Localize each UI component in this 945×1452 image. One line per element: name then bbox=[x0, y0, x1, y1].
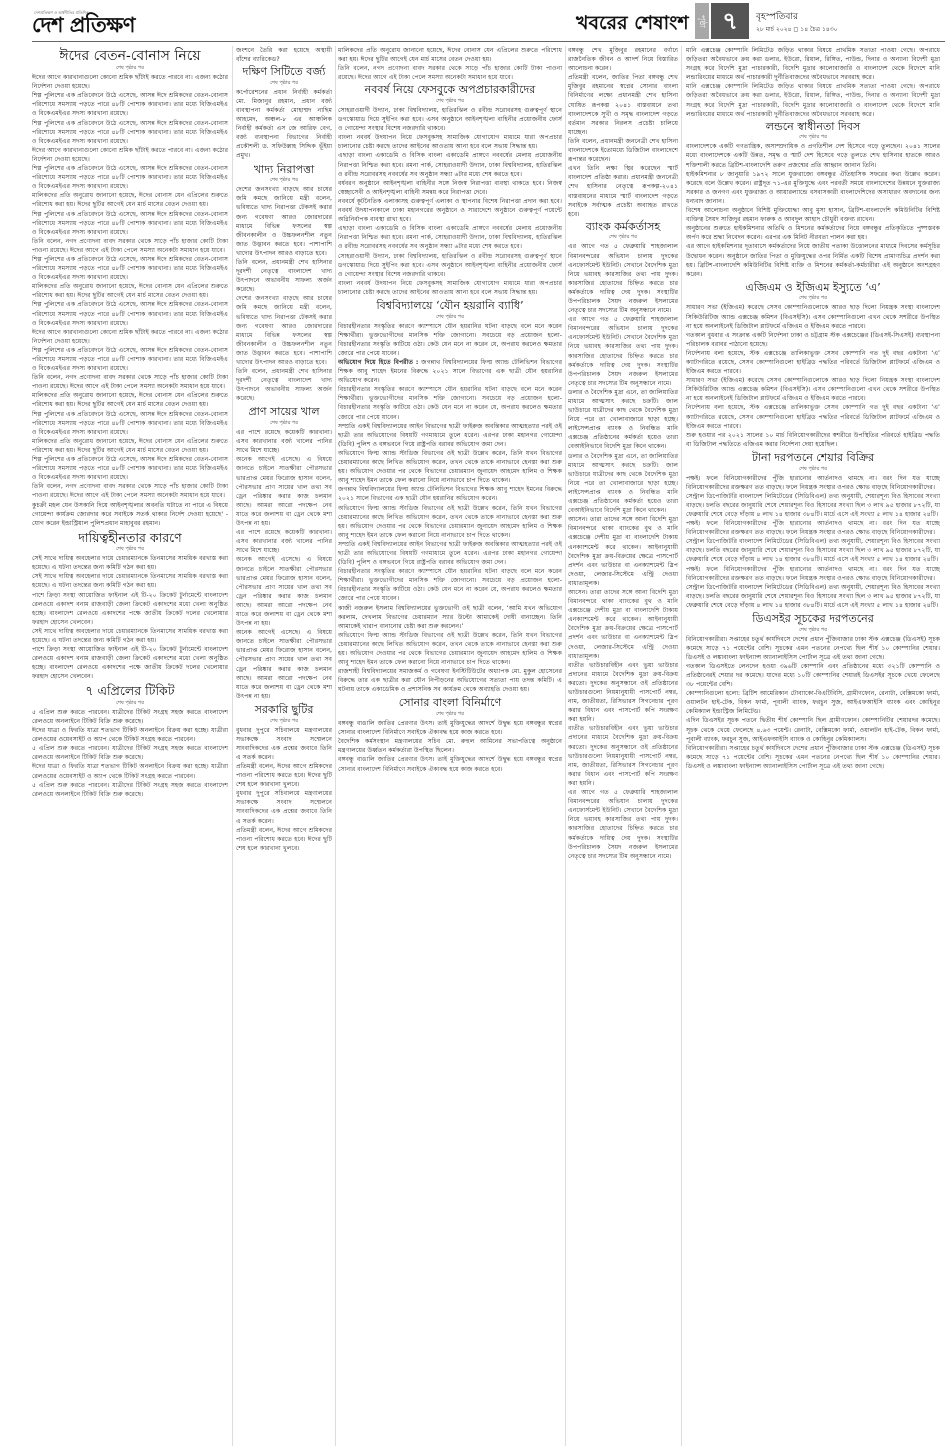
paragraph: সম্প্রতি একই বিশ্ববিদ্যালয়ের আইন বিভাগে… bbox=[338, 422, 562, 449]
paragraph: তিনি বলেন, প্রধানমন্ত্রী শেখ হাসিনার দূর… bbox=[236, 258, 332, 294]
paragraph: বঙ্গবন্ধু শেখ মুজিবুর রহমানের বর্ণাঢ্য র… bbox=[568, 46, 678, 73]
paragraph: বাংলা নববর্ষ উদযাপন নিয়ে ফেসবুকসহ সামাজ… bbox=[338, 133, 562, 151]
story-april-ticket: ৭ এপ্রিলের টিকিট শেষ পৃষ্ঠার পর ৫ এপ্রিল… bbox=[32, 684, 228, 798]
paragraph: বিচারহীনতার সংস্কৃতির কারণে ক্যাম্পাসে য… bbox=[338, 322, 562, 358]
paragraph: এর আগে গত ৫ ফেব্রুয়ারি শাহজালাল বিমানবন… bbox=[568, 788, 678, 861]
paragraph: ঈদের আগে কারখানাগুলো কোনো শ্রমিক ছাঁটাই … bbox=[32, 73, 228, 91]
paragraph: প্রতিমন্ত্রী বলেন, ঈদের আগে শ্রমিকদের পা… bbox=[236, 826, 332, 853]
paragraph: শিল্প পুলিশের এক প্রতিবেদনে উঠে এসেছে, আ… bbox=[32, 300, 228, 327]
paragraph: ঈদের আগে কারখানাগুলো কোনো শ্রমিক ছাঁটাই … bbox=[32, 146, 228, 164]
paragraph: প্রতিমন্ত্রী বলেন, জাতির পিতা বঙ্গবন্ধু … bbox=[568, 73, 678, 137]
paragraph: এছাড়া বাংলা একাডেমি ও বিসিক বাংলা একাডে… bbox=[338, 151, 562, 178]
story-dse-index: ডিএসইর সূচকের দরপতনের শেষ পৃষ্ঠার পর বিন… bbox=[686, 613, 940, 771]
paragraph: সেন্ট্রাল ডিপোজিটরি বাংলাদেশ লিমিটেডের (… bbox=[686, 537, 940, 564]
paragraph: বিনিয়োগকারীরা। সপ্তাহের চতুর্থ কার্যদিব… bbox=[686, 744, 940, 771]
subhead: অভিযোগ দিয়ে হিতে বিপরীত : bbox=[338, 359, 418, 366]
story-negligence: দায়িত্বহীনতার কারণে শেষ পৃষ্ঠার পর সেই … bbox=[32, 531, 228, 682]
paragraph: শিল্প পুলিশের এক প্রতিবেদনে উঠে এসেছে, আ… bbox=[32, 164, 228, 191]
paragraph: মালিকদের প্রতি অনুরোধ জানানো হয়েছে, ঈদে… bbox=[32, 437, 228, 455]
paragraph: ৫ এপ্রিল শুরু করতে পারবেন। যাত্রীদের টিক… bbox=[32, 708, 228, 726]
paragraph: শুরু হওয়ার পর ২০২১ সালের ১০ মার্চ বিনিয… bbox=[686, 431, 940, 449]
paragraph: ডলার ও বৈদেশিক মুদ্রা এনে, তা জালিয়াতির… bbox=[568, 452, 678, 516]
paragraph: বর্ষবরণ অনুষ্ঠানে আইনশৃঙ্খলা বাহিনীর সঙ্… bbox=[338, 179, 562, 197]
story-university: বিশ্ববিদ্যালয়ে ‘যৌন হয়রানি ব্যাধি’ শেষ… bbox=[338, 300, 562, 694]
jump-label: শেষ পৃষ্ঠার পর bbox=[236, 718, 332, 725]
paragraph: শিল্প পুলিশের এক প্রতিবেদনে উঠে এসেছে, আ… bbox=[32, 255, 228, 282]
paragraph: সেন্ট্রাল ডিপোজিটরি বাংলাদেশ লিমিটেডের (… bbox=[686, 492, 940, 519]
column-divider bbox=[565, 46, 566, 1446]
paragraph: বুধবার দুপুরে সচিবালয়ে মন্ত্রণালয়ের সভ… bbox=[236, 726, 332, 762]
paragraph: তিনি বলেন, প্রধানমন্ত্রী জননেত্রী শেখ হা… bbox=[568, 137, 678, 164]
paragraph: কুচক্রী মহল যেন উসকানি দিয়ে আইনশৃঙ্খলার… bbox=[32, 501, 228, 528]
paragraph: বিশেষ আলোচনা অনুষ্ঠানে বিশিষ্ট মুক্তিযোদ… bbox=[686, 206, 940, 224]
paragraph: তিনি বলেন, নগদ প্রণোদনা বাবদ সরকার থেকে … bbox=[32, 373, 228, 391]
jump-label: শেষ পৃষ্ঠার পর bbox=[686, 466, 940, 473]
headline[interactable]: ৭ এপ্রিলের টিকিট bbox=[32, 684, 228, 698]
story-bank-officials: ব্যাংক কর্মকর্তাসহ শেষ পৃষ্ঠার পর এর আগে… bbox=[568, 221, 678, 861]
paragraph: সেই সাথে দায়িত্ব অবহেলার দায়ে চেয়ারম্… bbox=[32, 627, 228, 645]
story-pran-canal: প্রাণ সায়ের খাল শেষ পৃষ্ঠার পর এর পাশে … bbox=[236, 406, 332, 700]
paragraph: মানি এক্সচেঞ্জ কোম্পানি লিমিটেড জড়িত থা… bbox=[686, 82, 940, 118]
paragraph: মালিকদের প্রতি অনুরোধ জানানো হয়েছে, ঈদে… bbox=[338, 46, 562, 64]
paragraph: শিল্প পুলিশের এক প্রতিবেদনে উঠে এসেছে, আ… bbox=[32, 210, 228, 237]
paragraph: ডলার ও বৈদেশিক মুদ্রা এনে, তা জালিয়াতির… bbox=[568, 388, 678, 452]
story-agm-egm: এজিএম ও ইজিএম ইস্যুতে ‘এ’ শেষ পৃষ্ঠার পর… bbox=[686, 282, 940, 449]
newspaper-logo[interactable]: দেশ প্রতিক্ষণ bbox=[32, 14, 135, 35]
column-5: মানি এক্সচেঞ্জ কোম্পানি লিমিটেড জড়িত থা… bbox=[686, 46, 940, 1446]
paragraph: সেই সাথে দায়িত্ব অবহেলার দায়ে চেয়ারম্… bbox=[32, 572, 228, 590]
jump-label: শেষ পৃষ্ঠার পর bbox=[32, 700, 228, 707]
paragraph: এর আগে গত ৫ ফেব্রুয়ারি শাহজালাল বিমানবন… bbox=[568, 242, 678, 315]
paragraph: এদিন ডিএসইর সূচক পতনে দ্বিতীয় শীর্ষ কোম… bbox=[686, 716, 940, 743]
jump-label: শেষ পৃষ্ঠার পর bbox=[686, 134, 940, 141]
story-eid-bonus: ঈদের বেতন-বোনাস নিয়ে শেষ পৃষ্ঠার পর ঈদে… bbox=[32, 48, 228, 528]
section-title: খবরের শেষাংশ bbox=[576, 14, 689, 33]
paragraph: শিল্প পুলিশের এক প্রতিবেদনে উঠে এসেছে, আ… bbox=[32, 455, 228, 482]
headline[interactable]: দক্ষিণ সিটিতে বর্জ্য bbox=[236, 66, 332, 79]
headline[interactable]: লন্ডনে স্বাধীনতা দিবস bbox=[686, 121, 940, 134]
paragraph: এর পাশে রয়েছে কয়েকটি কারখানা। এসব কারখ… bbox=[236, 428, 332, 455]
headline[interactable]: সোনার বাংলা বিনির্মাণে bbox=[338, 697, 562, 710]
paragraph: মালিকদের প্রতি অনুরোধ জানানো হয়েছে, ঈদে… bbox=[32, 391, 228, 409]
paragraph: জগন্নাথ বিশ্ববিদ্যালয়ের ফিল্ম অ্যান্ড ট… bbox=[338, 485, 562, 503]
story-food-security: খাদ্য নিরাপত্তা শেষ পৃষ্ঠার পর দেশের জনস… bbox=[236, 164, 332, 404]
paragraph: এর পাশে রয়েছে কয়েকটি কারখানা। এসব কারখ… bbox=[236, 528, 332, 555]
paragraph: অনেক আগেই এসেছে। এ বিষয়ে জানতে চাইলে সা… bbox=[236, 555, 332, 628]
story-share-sale: টানা দরপতনে শেয়ার বিক্রির শেষ পৃষ্ঠার প… bbox=[686, 452, 940, 610]
column-divider bbox=[681, 46, 682, 1446]
paragraph: তিনি বলেন, নগদ প্রণোদনা বাবদ সরকার থেকে … bbox=[32, 482, 228, 500]
paragraph: হাইকমিশনার ৮ জানুয়ারি ১৯৭২ সালে যুক্তরা… bbox=[686, 170, 940, 206]
paragraph: ঈদের যাত্রা ও ফিরতি যাত্রা শতভাগ টিকিট অ… bbox=[32, 762, 228, 780]
paragraph: এর আগে গত ৫ ফেব্রুয়ারি শাহজালাল বিমানবন… bbox=[568, 315, 678, 388]
jump-label: শেষ পৃষ্ঠার পর bbox=[236, 177, 332, 184]
paragraph: মালিকদের প্রতি অনুরোধ জানানো হয়েছে, ঈদে… bbox=[32, 282, 228, 300]
headline[interactable]: ডিএসইর সূচকের দরপতনের bbox=[686, 613, 940, 626]
paragraph: কর্পোরেশনের প্রধান নির্বাহী কর্মকর্তা মো… bbox=[236, 88, 332, 161]
paragraph: পক্ষই। ফলে বিনিয়োগকারীদের পুঁজি হারানোর… bbox=[686, 565, 940, 583]
story-govt-holiday: সরকারি ছুটির শেষ পৃষ্ঠার পর বুধবার দুপুর… bbox=[236, 704, 332, 853]
paragraph: পক্ষই। ফলে বিনিয়োগকারীদের পুঁজি হারানোর… bbox=[686, 519, 940, 537]
paragraph: অভিযোগে ফিল্ম অ্যান্ড স্টাডিজ বিভাগের ওই… bbox=[338, 631, 562, 667]
paragraph: সোহরাওয়ার্দী উদ্যান, ঢাকা বিশ্ববিদ্যালয… bbox=[338, 252, 562, 279]
paragraph: শিল্প পুলিশের এক প্রতিবেদনে উঠে এসেছে, আ… bbox=[32, 119, 228, 146]
page-number: ৭ bbox=[711, 3, 749, 39]
headline[interactable]: খাদ্য নিরাপত্তা bbox=[236, 164, 332, 177]
paragraph: পাশে ক্রিড়া সংস্থা আয়োজিত ফাইনাল এই টি… bbox=[32, 645, 228, 681]
paragraph: এছাড়া বাংলা একাডেমি ও বিসিক বাংলা একাডে… bbox=[338, 224, 562, 251]
paragraph: এখন তিনি লক্ষ্য স্থির করেছেন স্মার্ট বাং… bbox=[568, 164, 678, 219]
headline[interactable]: টানা দরপতনে শেয়ার বিক্রির bbox=[686, 452, 940, 465]
paragraph: নববর্ষে কূটনৈতিক এলাকাসহ গুরুত্বপূর্ণ এল… bbox=[338, 197, 562, 224]
jump-label: শেষ পৃষ্ঠার পর bbox=[236, 420, 332, 427]
issue-day: বৃহস্পতিবার bbox=[756, 9, 798, 24]
paragraph: ঈদের যাত্রা ও ফিরতি যাত্রা শতভাগ টিকিট অ… bbox=[32, 726, 228, 744]
paragraph: প্রতিমন্ত্রী বলেন, ঈদের আগে শ্রমিকদের পা… bbox=[236, 762, 332, 789]
paragraph: বুধবার দুপুরে সচিবালয়ে মন্ত্রণালয়ের সভ… bbox=[236, 789, 332, 825]
paragraph: মানি এক্সচেঞ্জ কোম্পানি লিমিটেড জড়িত থা… bbox=[686, 46, 940, 82]
paragraph: ঈদের আগে কারখানাগুলো কোনো শ্রমিক ছাঁটাই … bbox=[32, 328, 228, 346]
paragraph: সোহরাওয়ার্দী উদ্যান, ঢাকা বিশ্ববিদ্যালয… bbox=[338, 106, 562, 133]
paragraph: শিল্প পুলিশের এক প্রতিবেদনে উঠে এসেছে, আ… bbox=[32, 410, 228, 437]
paragraph: দেশের জনসংখ্যা বাড়ছে আর চাষের জমি কমছে … bbox=[236, 185, 332, 258]
paragraph: দেশের জনসংখ্যা বাড়ছে আর চাষের জমি কমছে … bbox=[236, 294, 332, 367]
paragraph: মালিকদের প্রতি অনুরোধ জানানো হয়েছে, ঈদে… bbox=[32, 191, 228, 209]
headline[interactable]: ব্যাংক কর্মকর্তাসহ bbox=[568, 221, 678, 234]
headline[interactable]: দায়িত্বহীনতার কারণে bbox=[32, 531, 228, 545]
jump-label: শেষ পৃষ্ঠার পর bbox=[338, 98, 562, 105]
headline[interactable]: নববর্ষ নিয়ে ফেসবুকে অপপ্রচারকারীদের bbox=[338, 84, 562, 97]
paragraph: অভিযোগে ফিল্ম অ্যান্ড স্টাডিজ বিভাগের ওই… bbox=[338, 449, 562, 485]
paragraph: তিনি বলেন, প্রধানমন্ত্রী শেখ হাসিনার দূর… bbox=[236, 367, 332, 403]
jump-label: শেষ পৃষ্ঠার পর bbox=[686, 627, 940, 634]
page-label: পৃষ্ঠা bbox=[695, 3, 709, 39]
paragraph: সেন্ট্রাল ডিপোজিটরি বাংলাদেশ লিমিটেডের (… bbox=[686, 583, 940, 610]
column-4: বঙ্গবন্ধু শেখ মুজিবুর রহমানের বর্ণাঢ্য র… bbox=[568, 46, 678, 1446]
jump-label: শেষ পৃষ্ঠার পর bbox=[236, 80, 332, 87]
story-nababarsha: নববর্ষ নিয়ে ফেসবুকে অপপ্রচারকারীদের শেষ… bbox=[338, 84, 562, 297]
masthead-rule bbox=[32, 41, 945, 42]
paragraph: বৈদেশিক কর্মসংস্থান মন্ত্রণালয়ের সচিব ম… bbox=[338, 737, 562, 755]
paragraph: তিনি বলেন, নগদ প্রণোদনা বাবদ সরকার থেকে … bbox=[338, 64, 562, 82]
paragraph: এর আগে হাইকমিশনার দূতাবাসে কর্মকর্তাদের … bbox=[686, 242, 940, 278]
paragraph: বিচারহীনতার সংস্কৃতির কারণে ক্যাম্পাসে য… bbox=[338, 567, 562, 603]
paragraph: পাশে ক্রিড়া সংস্থা আয়োজিত ফাইনাল এই টি… bbox=[32, 591, 228, 627]
jump-label: শেষ পৃষ্ঠার পর bbox=[32, 65, 228, 72]
jump-label: শেষ পৃষ্ঠার পর bbox=[686, 295, 940, 302]
story-south-city-waste: দক্ষিণ সিটিতে বর্জ্য শেষ পৃষ্ঠার পর কর্প… bbox=[236, 66, 332, 160]
column-3: মালিকদের প্রতি অনুরোধ জানানো হয়েছে, ঈদে… bbox=[338, 46, 562, 1446]
paragraph: তিনি বলেন, নগদ প্রণোদনা বাবদ সরকার থেকে … bbox=[32, 237, 228, 255]
headline[interactable]: এজিএম ও ইজিএম ইস্যুতে ‘এ’ bbox=[686, 282, 940, 295]
paragraph: নির্দেশনায় বলা হয়েছে, স্টক এক্সচেঞ্জে … bbox=[686, 349, 940, 376]
jump-label: শেষ পৃষ্ঠার পর bbox=[338, 711, 562, 718]
column-divider bbox=[232, 46, 233, 1446]
column-2: জংশনে তৈরি করা হয়েছে অস্থায়ী বাঁশের ব্… bbox=[236, 46, 332, 1446]
paragraph: ৫ এপ্রিল শুরু করতে পারবেন। যাত্রীদের টিক… bbox=[32, 744, 228, 762]
paragraph: বিনিয়োগকারীরা। সপ্তাহের চতুর্থ কার্যদিব… bbox=[686, 635, 940, 662]
paragraph: গতকাল বুধবার এ সংক্রান্ত একটি নির্দেশনা … bbox=[686, 331, 940, 349]
paragraph: বাংলা নববর্ষ উদযাপন নিয়ে ফেসবুকসহ সামাজ… bbox=[338, 279, 562, 297]
story-london: লন্ডনে স্বাধীনতা দিবস শেষ পৃষ্ঠার পর বাং… bbox=[686, 121, 940, 279]
paragraph: অনুষ্ঠানের শুরুতে হাইকমিশনার অতিথি ও মিশ… bbox=[686, 224, 940, 242]
story-sonar-bangla: সোনার বাংলা বিনির্মাণে শেষ পৃষ্ঠার পর বঙ… bbox=[338, 697, 562, 773]
paragraph: গতকাল ডিএসইতে লেনদেন হওয়া ৩৯৬টি কোম্পান… bbox=[686, 662, 940, 689]
column-1: ঈদের বেতন-বোনাস নিয়ে শেষ পৃষ্ঠার পর ঈদে… bbox=[32, 46, 228, 1446]
paragraph: বঙ্গবন্ধু বাঙালি জাতির প্রেরণার উৎস। তাই… bbox=[338, 719, 562, 737]
paragraph: কাজী নজরুল ইসলাম বিশ্ববিদ্যালয়ের ভুক্তভ… bbox=[338, 604, 562, 631]
paragraph: শিল্প পুলিশের এক প্রতিবেদনে উঠে এসেছে, আ… bbox=[32, 91, 228, 118]
paragraph: ব্যতীত ভাউচারবিহীন এবং ভুয়া ভাউচার প্রদ… bbox=[568, 661, 678, 725]
paragraph: জংশনে তৈরি করা হয়েছে অস্থায়ী বাঁশের ব্… bbox=[236, 46, 332, 64]
paragraph: ব্যতীত ভাউচারবিহীন এবং ভুয়া ভাউচার প্রদ… bbox=[568, 724, 678, 788]
jump-label: শেষ পৃষ্ঠার পর bbox=[32, 546, 228, 553]
paragraph: অনেক আগেই এসেছে। এ বিষয়ে জানতে চাইলে সা… bbox=[236, 455, 332, 528]
paragraph: ৫ এপ্রিল শুরু করতে পারবেন। যাত্রীদের টিক… bbox=[32, 781, 228, 799]
paragraph: নির্দেশনায় বলা হয়েছে, স্টক এক্সচেঞ্জে … bbox=[686, 403, 940, 430]
paragraph: আসেন। তারা তাদের সঙ্গে আনা বিদেশি মুদ্রা… bbox=[568, 588, 678, 661]
column-divider bbox=[335, 46, 336, 1446]
paragraph: রাজশাহী বিশ্ববিদ্যালয়ের সমাজকর্ম ও গবেষ… bbox=[338, 667, 562, 694]
headline[interactable]: বিশ্ববিদ্যালয়ে ‘যৌন হয়রানি ব্যাধি’ bbox=[338, 300, 562, 313]
paragraph: অনেক আগেই এসেছে। এ বিষয়ে জানতে চাইলে সা… bbox=[236, 628, 332, 701]
headline[interactable]: প্রাণ সায়ের খাল bbox=[236, 406, 332, 419]
headline[interactable]: সরকারি ছুটির bbox=[236, 704, 332, 717]
paragraph: কোম্পানিগুলো হলো: ব্রিটিশ আমেরিকান টোব্য… bbox=[686, 689, 940, 716]
paragraph: বঙ্গবন্ধু বাঙালি জাতির প্রেরণার উৎস। তাই… bbox=[338, 755, 562, 773]
paragraph: পক্ষই। ফলে বিনিয়োগকারীদের পুঁজি হারানোর… bbox=[686, 474, 940, 492]
masthead: দেশপ্রতিক্ষণ ও অর্থনীতির প্রতিদিন দেশ প্… bbox=[0, 0, 945, 42]
jump-label: শেষ পৃষ্ঠার পর bbox=[338, 314, 562, 321]
paragraph: সেই সাথে দায়িত্ব অবহেলার দায়ে চেয়ারম্… bbox=[32, 554, 228, 572]
paragraph: আসেন। তারা তাদের সঙ্গে আনা বিদেশি মুদ্রা… bbox=[568, 515, 678, 588]
paragraph: সম্প্রতি একই বিশ্ববিদ্যালয়ের আইন বিভাগে… bbox=[338, 540, 562, 567]
paragraph: বিচারহীনতার সংস্কৃতির কারণে ক্যাম্পাসে য… bbox=[338, 385, 562, 421]
paragraph: শিল্প পুলিশের এক প্রতিবেদনে উঠে এসেছে, আ… bbox=[32, 346, 228, 373]
paragraph: অভিযোগে ফিল্ম অ্যান্ড স্টাডিজ বিভাগের ওই… bbox=[338, 504, 562, 540]
headline[interactable]: ঈদের বেতন-বোনাস নিয়ে bbox=[32, 48, 228, 64]
paragraph: বাংলাদেশকে একটি গণতান্ত্রিক, অসাম্প্রদায… bbox=[686, 142, 940, 169]
paragraph: সাধারণ সভা (ইজিএম) করেছে সেসব কোম্পানিগু… bbox=[686, 376, 940, 403]
jump-label: শেষ পৃষ্ঠার পর bbox=[568, 234, 678, 241]
issue-date: ২৮ মার্চ ২০২৪ ◻ ১৪ চৈত্র ১৪৩০ bbox=[756, 24, 838, 35]
paragraph: সাধারণ সভা (ইজিএম) করেছে সেসব কোম্পানিগু… bbox=[686, 303, 940, 330]
